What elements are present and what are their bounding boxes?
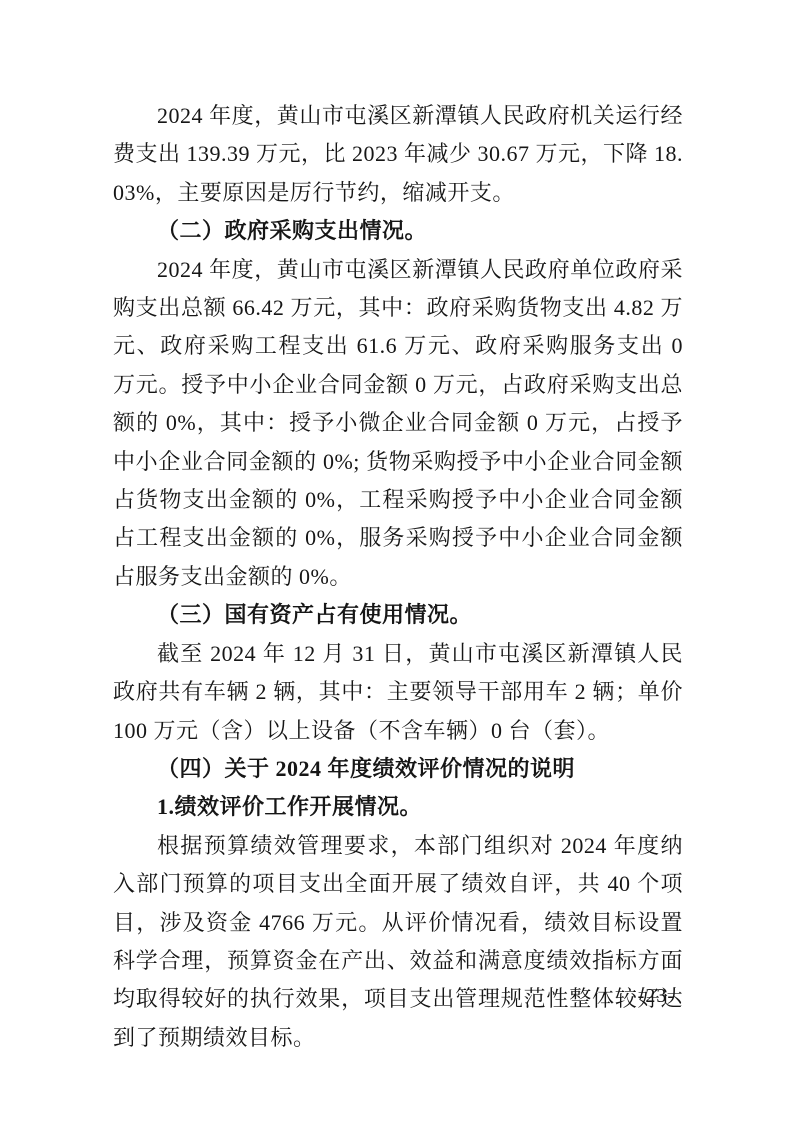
subheading-performance-evaluation-work: 1.绩效评价工作开展情况。 xyxy=(113,788,683,826)
heading-performance-evaluation: （四）关于 2024 年度绩效评价情况的说明 xyxy=(113,750,683,788)
heading-state-assets: （三）国有资产占有使用情况。 xyxy=(113,596,683,634)
page-number: -23- xyxy=(113,985,683,1008)
document-page: 2024 年度，黄山市屯溪区新潭镇人民政府机关运行经费支出 139.39 万元，… xyxy=(0,0,793,1122)
paragraph-state-assets-details: 截至 2024 年 12 月 31 日，黄山市屯溪区新潭镇人民政府共有车辆 2 … xyxy=(113,635,683,750)
heading-government-procurement: （二）政府采购支出情况。 xyxy=(113,212,683,250)
document-body: 2024 年度，黄山市屯溪区新潭镇人民政府机关运行经费支出 139.39 万元，… xyxy=(113,97,683,1057)
paragraph-agency-operating-expense: 2024 年度，黄山市屯溪区新潭镇人民政府机关运行经费支出 139.39 万元，… xyxy=(113,97,683,212)
paragraph-procurement-details: 2024 年度，黄山市屯溪区新潭镇人民政府单位政府采购支出总额 66.42 万元… xyxy=(113,251,683,597)
paragraph-performance-evaluation-details: 根据预算绩效管理要求，本部门组织对 2024 年度纳入部门预算的项目支出全面开展… xyxy=(113,827,683,1057)
